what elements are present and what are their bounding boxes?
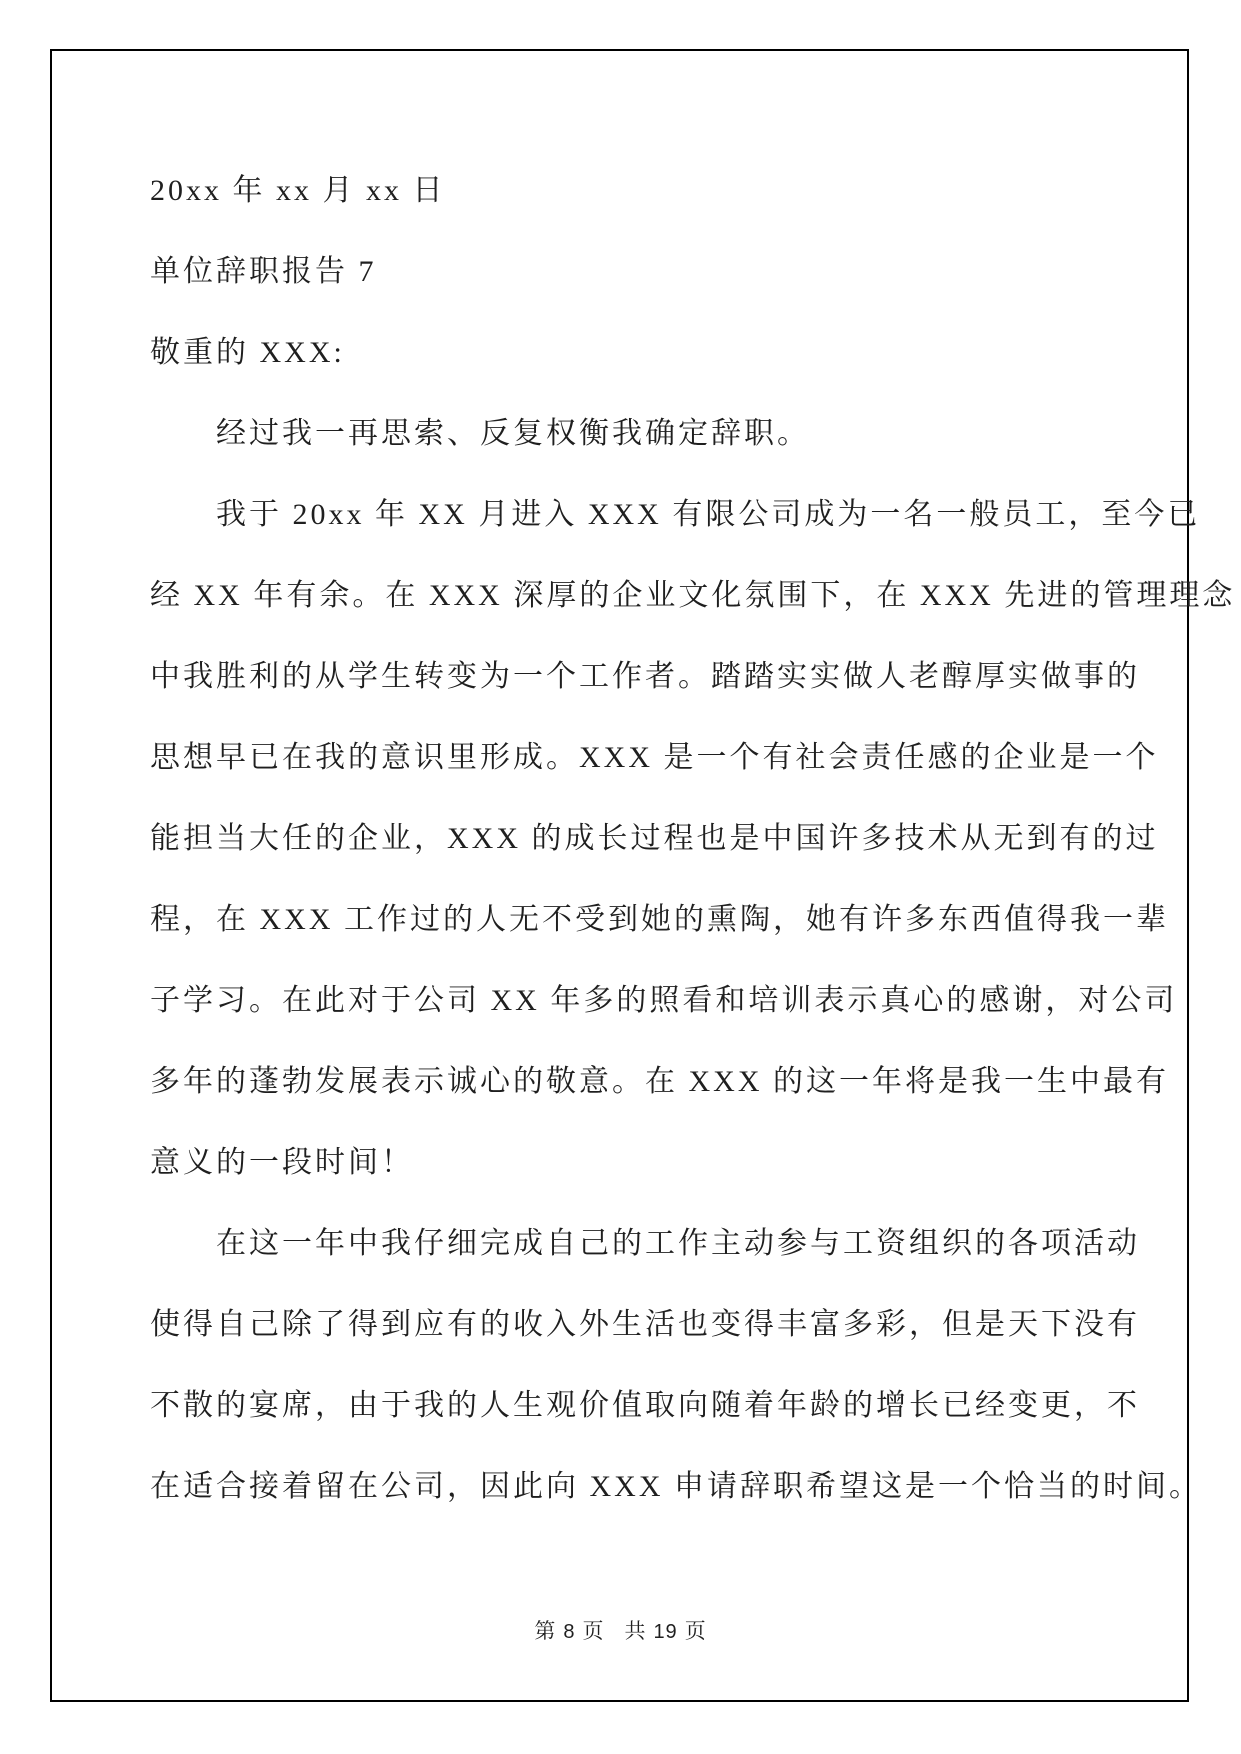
doc-line: 程，在 XXX 工作过的人无不受到她的熏陶，她有许多东西值得我一辈: [150, 879, 1166, 960]
footer-total-prefix: 共: [624, 1619, 646, 1643]
footer-page-suffix: 页: [582, 1619, 604, 1643]
doc-line: 在这一年中我仔细完成自己的工作主动参与工资组织的各项活动: [150, 1203, 1166, 1284]
doc-line: 意义的一段时间！: [150, 1122, 1166, 1203]
footer-total-number: 19: [653, 1621, 677, 1643]
doc-line: 中我胜利的从学生转变为一个工作者。踏踏实实做人老醇厚实做事的: [150, 636, 1166, 717]
document-page: 20xx 年 xx 月 xx 日 单位辞职报告 7 敬重的 XXX: 经过我一再…: [0, 0, 1241, 1754]
doc-line: 思想早已在我的意识里形成。XXX 是一个有社会责任感的企业是一个: [150, 717, 1166, 798]
doc-line: 我于 20xx 年 XX 月进入 XXX 有限公司成为一名一般员工，至今已: [150, 474, 1166, 555]
doc-line: 经 XX 年有余。在 XXX 深厚的企业文化氛围下，在 XXX 先进的管理理念: [150, 555, 1166, 636]
doc-line: 使得自己除了得到应有的收入外生活也变得丰富多彩，但是天下没有: [150, 1284, 1166, 1365]
doc-line: 经过我一再思索、反复权衡我确定辞职。: [150, 393, 1166, 474]
doc-line: 子学习。在此对于公司 XX 年多的照看和培训表示真心的感谢，对公司: [150, 960, 1166, 1041]
doc-line-salutation: 敬重的 XXX:: [150, 312, 1166, 393]
footer-total-suffix: 页: [685, 1619, 707, 1643]
footer-page-prefix: 第: [534, 1619, 556, 1643]
doc-line-title: 单位辞职报告 7: [150, 231, 1166, 312]
doc-line: 能担当大任的企业，XXX 的成长过程也是中国许多技术从无到有的过: [150, 798, 1166, 879]
doc-line: 在适合接着留在公司，因此向 XXX 申请辞职希望这是一个恰当的时间。: [150, 1446, 1166, 1527]
doc-line: 不散的宴席，由于我的人生观价值取向随着年龄的增长已经变更，不: [150, 1365, 1166, 1446]
doc-line-date: 20xx 年 xx 月 xx 日: [150, 150, 1166, 231]
doc-line: 多年的蓬勃发展表示诚心的敬意。在 XXX 的这一年将是我一生中最有: [150, 1041, 1166, 1122]
page-footer: 第8页共19页: [0, 1616, 1241, 1647]
document-body: 20xx 年 xx 月 xx 日 单位辞职报告 7 敬重的 XXX: 经过我一再…: [150, 150, 1166, 1527]
footer-page-number: 8: [563, 1621, 575, 1643]
